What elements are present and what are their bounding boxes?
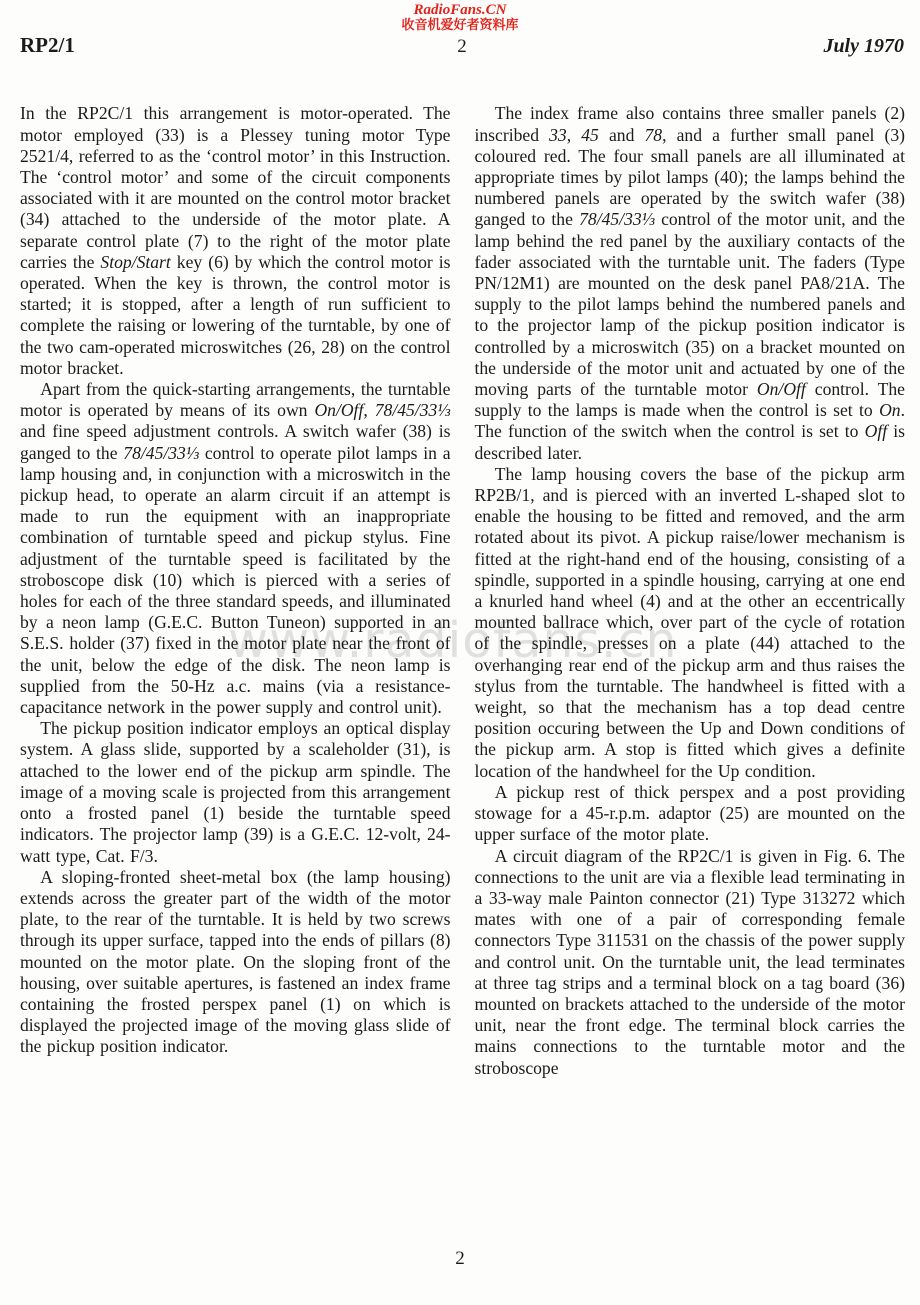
header-date: July 1970	[492, 35, 904, 58]
header-page-number: 2	[432, 36, 492, 58]
site-watermark: RadioFans.CN 收音机爱好者资料库	[0, 0, 920, 32]
paragraph: The pickup position indicator employs an…	[20, 718, 451, 866]
column-right: The index frame also contains three smal…	[475, 103, 906, 1243]
paragraph: In the RP2C/1 this arrangement is motor-…	[20, 103, 451, 379]
column-left: In the RP2C/1 this arrangement is motor-…	[20, 103, 451, 1243]
site-watermark-name: RadioFans.CN	[0, 3, 920, 19]
paragraph: The lamp housing covers the base of the …	[475, 464, 906, 782]
page: RadioFans.CN 收音机爱好者资料库 RP2/1 2 July 1970…	[0, 0, 920, 1305]
site-watermark-cjk: 收音机爱好者资料库	[0, 19, 920, 33]
footer-page-number: 2	[0, 1248, 920, 1270]
paragraph: Apart from the quick-starting arrangemen…	[20, 379, 451, 718]
paragraph: A circuit diagram of the RP2C/1 is given…	[475, 846, 906, 1079]
doc-reference: RP2/1	[20, 33, 432, 58]
paragraph: The index frame also contains three smal…	[475, 103, 906, 463]
page-header: RP2/1 2 July 1970	[0, 32, 920, 58]
paragraph: A sloping-fronted sheet-metal box (the l…	[20, 867, 451, 1058]
paragraph: A pickup rest of thick perspex and a pos…	[475, 782, 906, 846]
content-columns: In the RP2C/1 this arrangement is motor-…	[0, 103, 920, 1243]
